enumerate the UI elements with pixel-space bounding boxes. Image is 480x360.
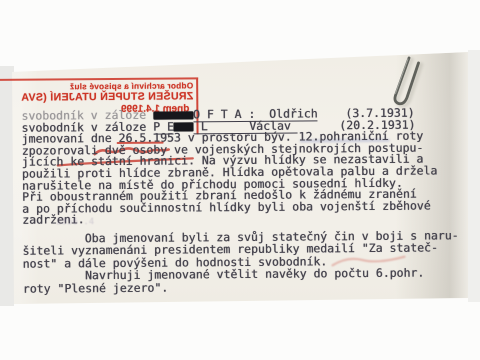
paperclip-icon: [0, 0, 480, 360]
document-photo: Odbor archivní a spisové služ ZRUŠEN STU…: [0, 0, 480, 360]
